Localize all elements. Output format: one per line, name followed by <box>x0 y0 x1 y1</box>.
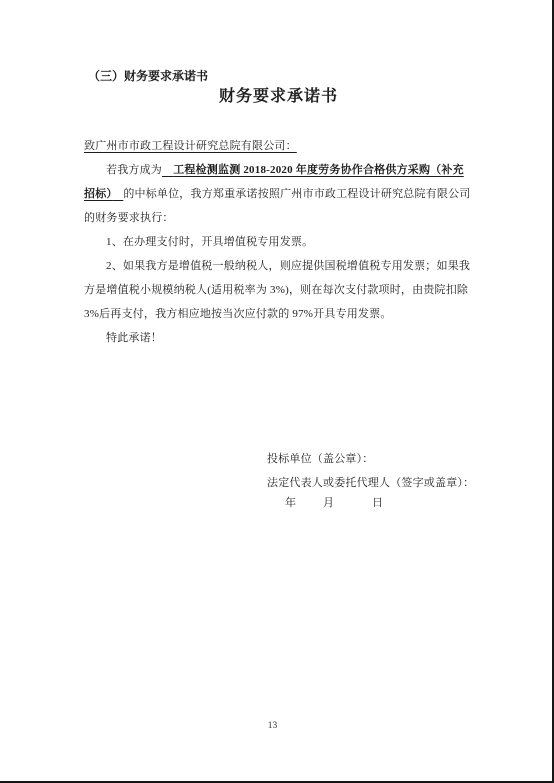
closing-line: 特此承诺！ <box>84 326 473 350</box>
legal-representative-label: 法定代表人或委托代理人（签字或盖章）： <box>267 471 474 495</box>
signature-block: 投标单位（盖公章）： 法定代表人或委托代理人（签字或盖章）： 年月日 <box>267 447 474 512</box>
term-item-1: 1、在办理支付时，开具增值税专用发票。 <box>84 230 473 254</box>
date-line: 年月日 <box>267 495 474 512</box>
page-number: 13 <box>0 721 545 731</box>
project-name-part-2: 招标） <box>84 188 112 200</box>
term-item-2-line-3: 3%后再支付，我方相应地按当次应付款的 97%开具专用发票。 <box>84 302 473 326</box>
date-year-label: 年 <box>285 497 296 509</box>
commitment-prefix: 若我方成为 <box>106 164 162 176</box>
bidder-seal-label: 投标单位（盖公章）： <box>267 447 474 471</box>
section-heading: （三）财务要求承诺书 <box>88 69 208 84</box>
date-month-label: 月 <box>323 497 334 509</box>
commitment-text-1: 的中标单位，我方郑重承诺按照广州市市政工程设计研究总院有限公司 <box>123 188 470 200</box>
blank-underline <box>162 164 173 176</box>
commitment-line-2: 招标） 的中标单位，我方郑重承诺按照广州市市政工程设计研究总院有限公司 <box>84 182 473 206</box>
document-body: 致广州市市政工程设计研究总院有限公司： 若我方成为 工程检测监测 2018-20… <box>84 134 473 350</box>
term-2-text-1: 2、如果我方是增值税一般纳税人，则应提供国税增值税专用发票；如果我 <box>106 260 470 272</box>
salutation-text: 致广州市市政工程设计研究总院有限公司： <box>84 140 297 152</box>
document-page: （三）财务要求承诺书 财务要求承诺书 致广州市市政工程设计研究总院有限公司： 若… <box>0 0 554 783</box>
blank-underline <box>112 188 123 200</box>
page-title: 财务要求承诺书 <box>84 86 473 108</box>
term-2-text-2: 方是增值税小规模纳税人(适用税率为 3%)，则在每次支付款项时，由贵院扣除 <box>84 284 468 296</box>
closing-text: 特此承诺！ <box>106 332 162 344</box>
salutation-line: 致广州市市政工程设计研究总院有限公司： <box>84 134 473 158</box>
term-1-text: 1、在办理支付时，开具增值税专用发票。 <box>106 236 313 248</box>
commitment-line-3: 的财务要求执行： <box>84 206 473 230</box>
commitment-text-2: 的财务要求执行： <box>84 212 174 224</box>
term-item-2-line-1: 2、如果我方是增值税一般纳税人，则应提供国税增值税专用发票；如果我 <box>84 254 473 278</box>
term-2-text-3: 3%后再支付，我方相应地按当次应付款的 97%开具专用发票。 <box>84 308 392 320</box>
term-item-2-line-2: 方是增值税小规模纳税人(适用税率为 3%)，则在每次支付款项时，由贵院扣除 <box>84 278 473 302</box>
date-day-label: 日 <box>372 497 383 509</box>
commitment-line-1: 若我方成为 工程检测监测 2018-2020 年度劳务协作合格供方采购（补充 <box>84 158 473 182</box>
project-name-part-1: 工程检测监测 2018-2020 年度劳务协作合格供方采购（补充 <box>173 164 464 176</box>
